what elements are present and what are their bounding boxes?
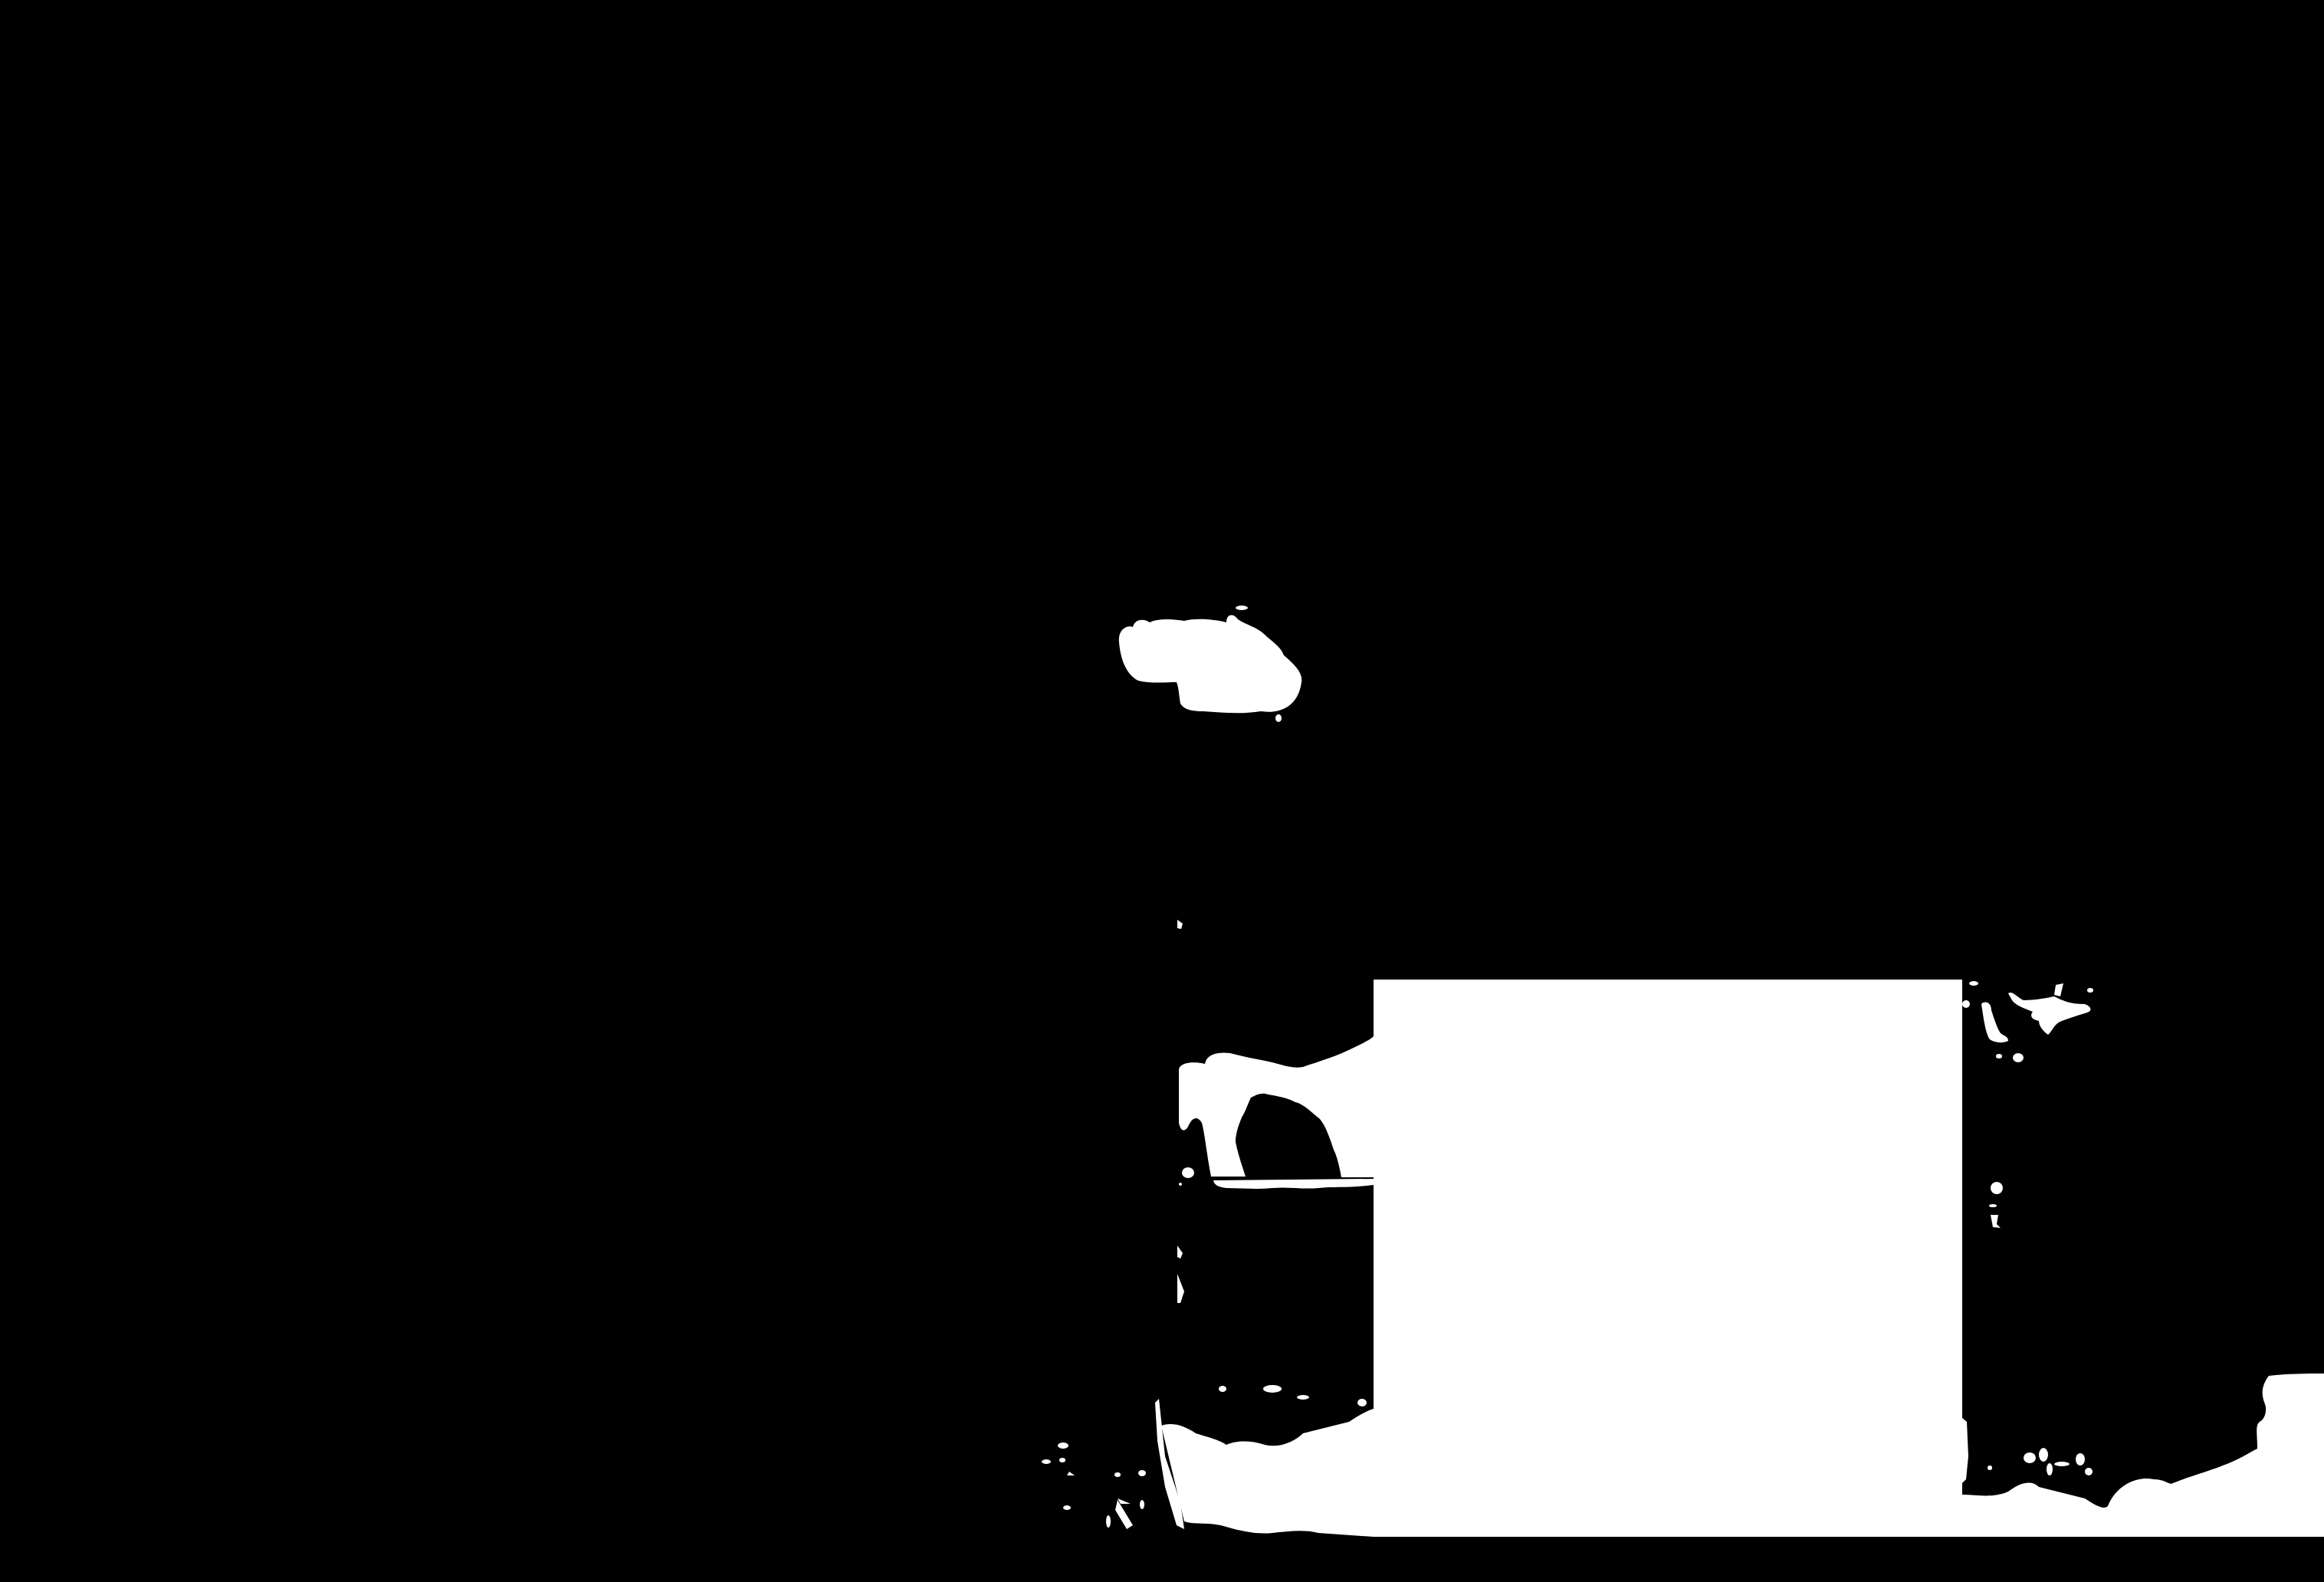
mask-background xyxy=(0,0,2324,1582)
main-rectangle xyxy=(1374,980,1962,1537)
segmentation-mask xyxy=(0,0,2324,1582)
